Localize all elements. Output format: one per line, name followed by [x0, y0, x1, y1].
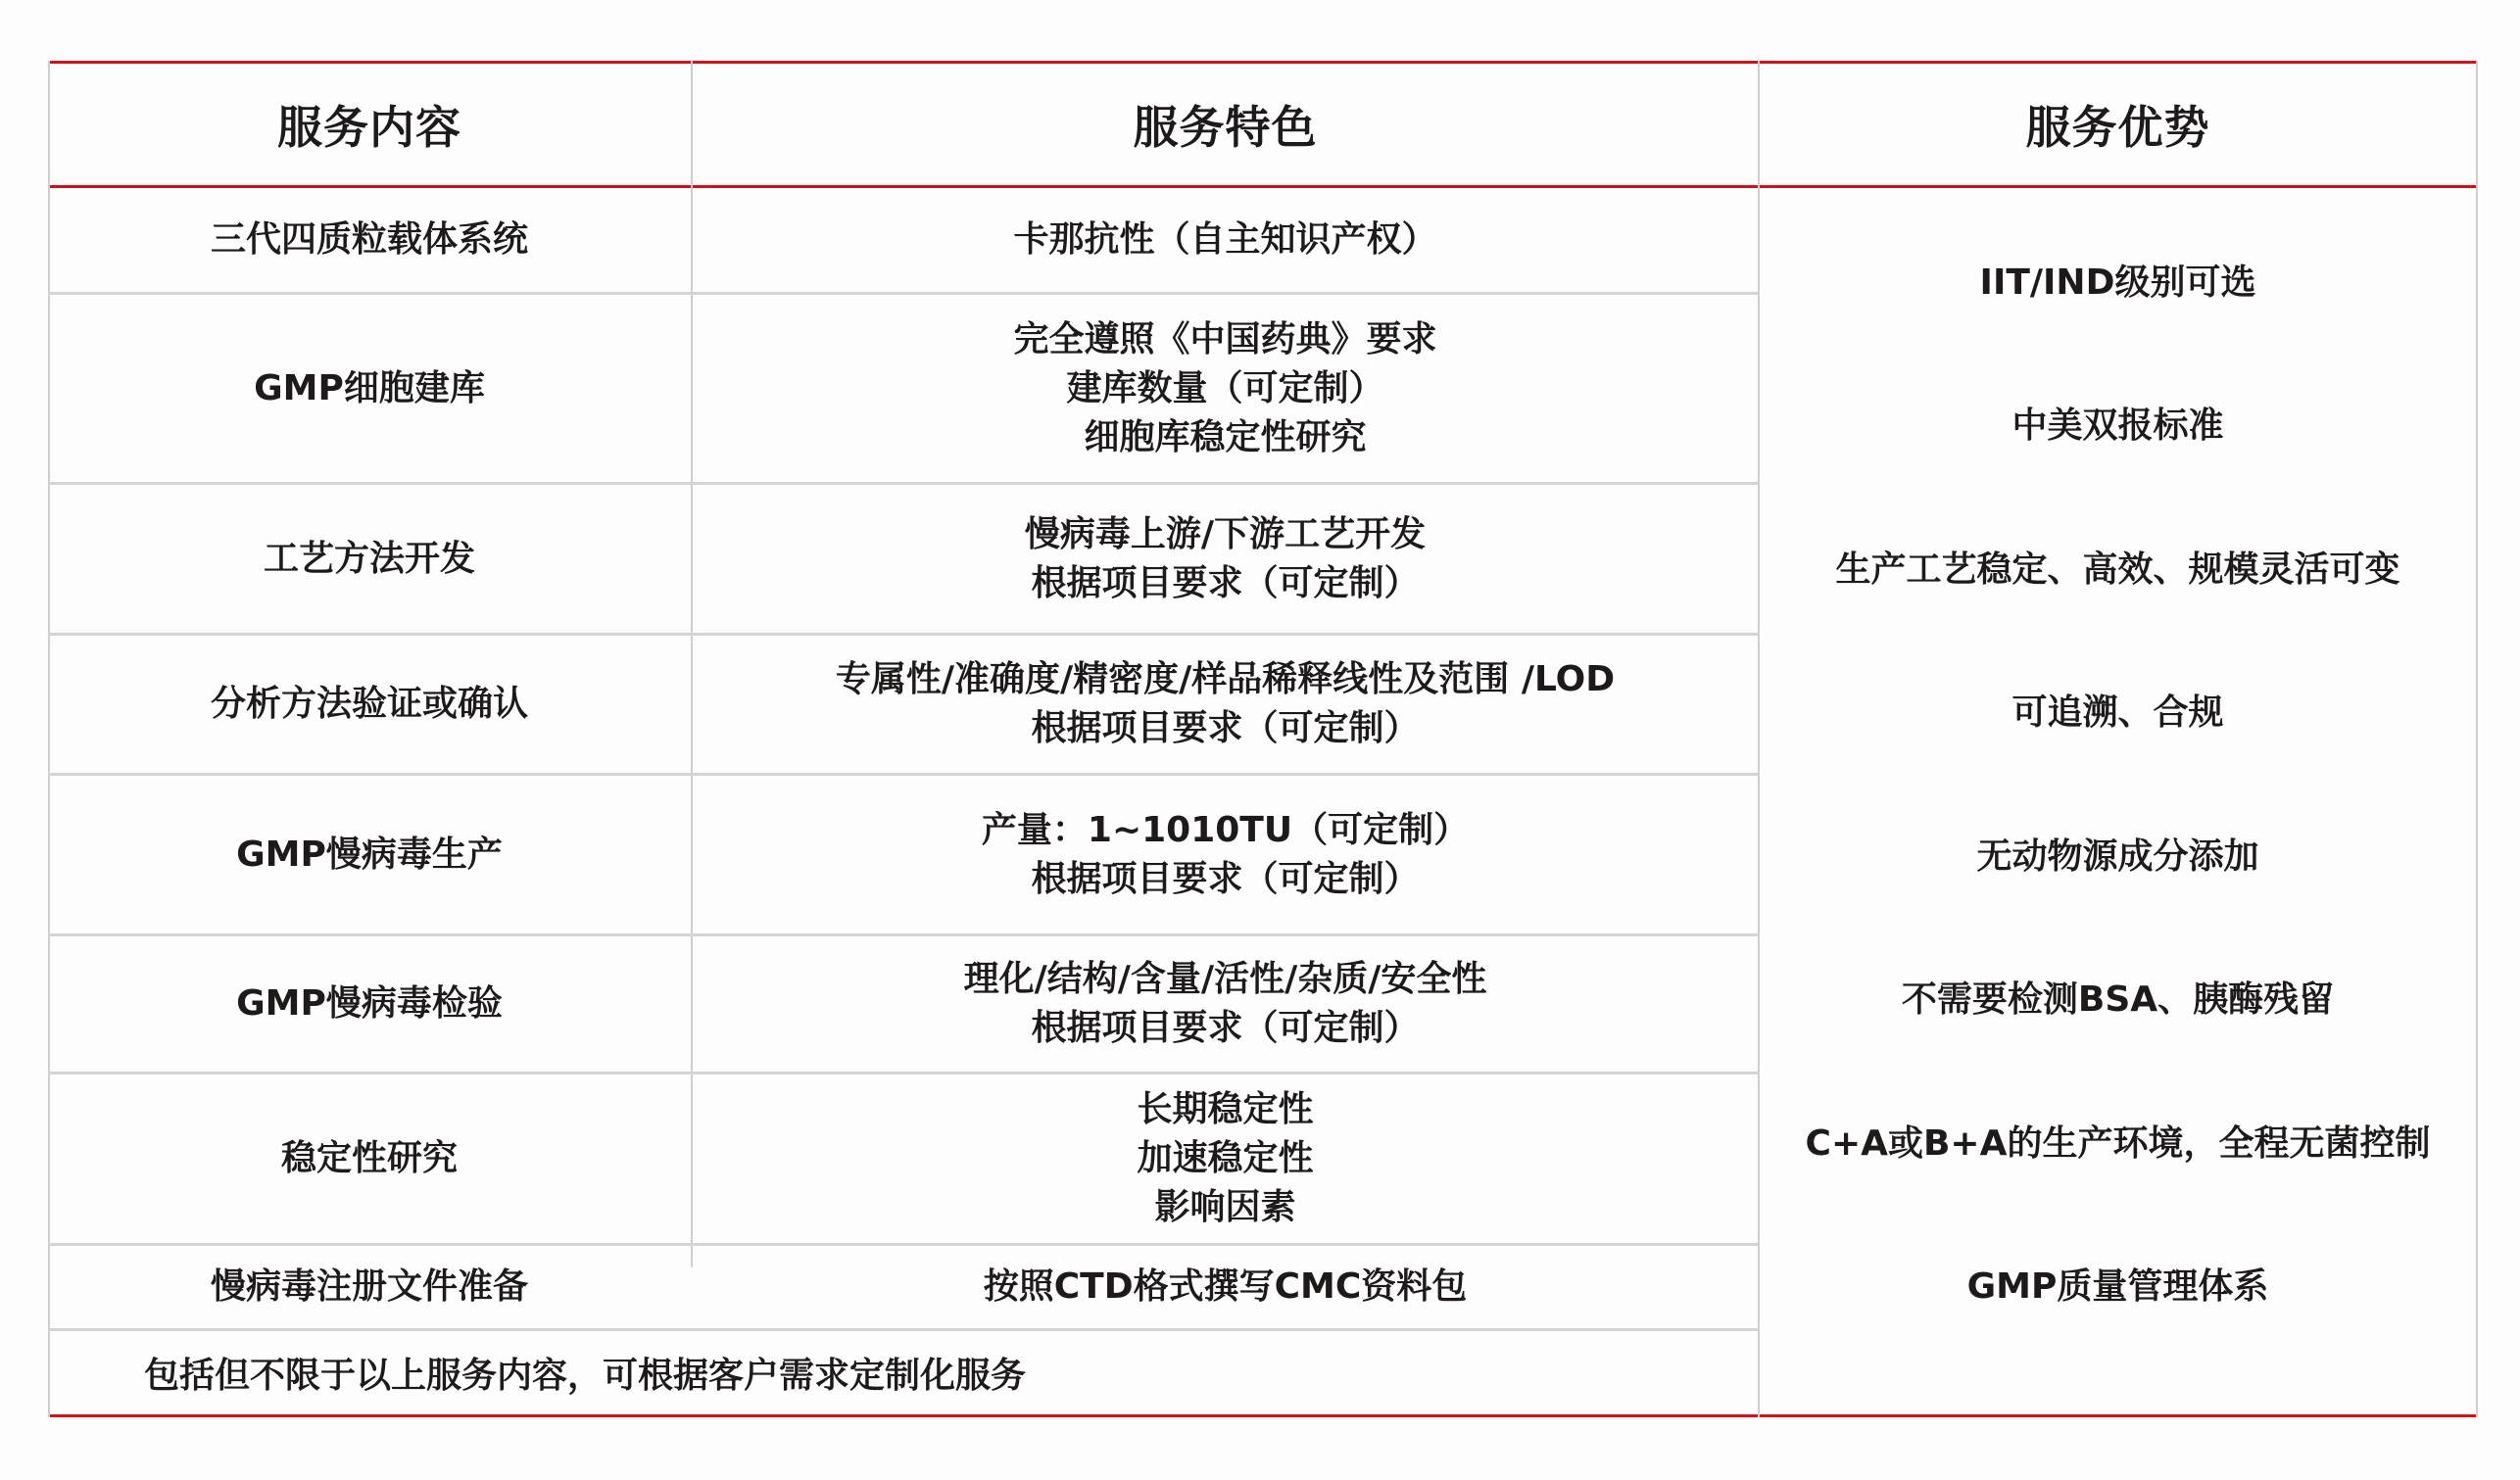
- table-row-features: 完全遵照《中国药典》要求 建库数量（可定制） 细胞库稳定性研究: [693, 295, 1758, 482]
- feature-line: 根据项目要求（可定制）: [1031, 1004, 1419, 1053]
- table-row-features: 卡那抗性（自主知识产权）: [693, 188, 1758, 292]
- feature-line: 专属性/准确度/精密度/样品稀释线性及范围 /LOD: [836, 655, 1615, 704]
- feature-line: 长期稳定性: [1137, 1085, 1313, 1134]
- service-table: 服务内容 服务特色 服务优势 三代四质粒载体系统 卡那抗性（自主知识产权） GM…: [48, 61, 2478, 1417]
- table-row-content: 稳定性研究: [48, 1074, 691, 1243]
- feature-line: 细胞库稳定性研究: [1084, 413, 1366, 462]
- header-service-advantages: 服务优势: [1760, 64, 2476, 185]
- feature-line: 根据项目要求（可定制）: [1031, 704, 1419, 753]
- advantage-item: GMP质量管理体系: [1967, 1259, 2269, 1309]
- feature-line: 按照CTD格式撰写CMC资料包: [984, 1263, 1468, 1312]
- feature-line: 建库数量（可定制）: [1066, 364, 1383, 413]
- footer-note: 包括但不限于以上服务内容，可根据客户需求定制化服务: [48, 1331, 1758, 1414]
- table-row-content: 工艺方法开发: [48, 485, 691, 633]
- feature-line: 根据项目要求（可定制）: [1031, 855, 1419, 904]
- feature-line: 理化/结构/含量/活性/杂质/安全性: [964, 955, 1487, 1004]
- feature-line: 卡那抗性（自主知识产权）: [1013, 215, 1436, 264]
- table-row-features: 专属性/准确度/精密度/样品稀释线性及范围 /LOD 根据项目要求（可定制）: [693, 636, 1758, 773]
- feature-line: 产量：1~1010TU（可定制）: [982, 806, 1469, 855]
- advantage-item: C+A或B+A的生产环境，全程无菌控制: [1806, 1116, 2431, 1166]
- advantage-item: 生产工艺稳定、高效、规模灵活可变: [1835, 542, 2399, 592]
- feature-line: 慢病毒上游/下游工艺开发: [1025, 510, 1426, 559]
- table-row-content: 慢病毒注册文件准备: [48, 1246, 691, 1328]
- table-row-content: 分析方法验证或确认: [48, 636, 691, 773]
- table-row-features: 慢病毒上游/下游工艺开发 根据项目要求（可定制）: [693, 485, 1758, 633]
- header-service-features: 服务特色: [693, 64, 1758, 185]
- table-row-features: 理化/结构/含量/活性/杂质/安全性 根据项目要求（可定制）: [693, 936, 1758, 1072]
- advantage-item: 不需要检测BSA、胰酶残留: [1902, 972, 2334, 1022]
- table-row-content: GMP慢病毒检验: [48, 936, 691, 1072]
- feature-line: 完全遵照《中国药典》要求: [1013, 315, 1436, 364]
- header-service-content: 服务内容: [48, 64, 691, 185]
- table-row-features: 按照CTD格式撰写CMC资料包: [693, 1246, 1758, 1328]
- table-row-features: 产量：1~1010TU（可定制） 根据项目要求（可定制）: [693, 776, 1758, 933]
- table-row-content: 三代四质粒载体系统: [48, 188, 691, 292]
- table-row-features: 长期稳定性 加速稳定性 影响因素: [693, 1074, 1758, 1243]
- advantage-item: 可追溯、合规: [2011, 685, 2223, 735]
- feature-line: 根据项目要求（可定制）: [1031, 559, 1419, 608]
- feature-line: 加速稳定性: [1137, 1134, 1313, 1183]
- table-row-content: GMP细胞建库: [48, 295, 691, 482]
- table-row-content: GMP慢病毒生产: [48, 776, 691, 933]
- table-right-border: [2476, 61, 2478, 1417]
- advantages-list: IIT/IND级别可选 中美双报标准 生产工艺稳定、高效、规模灵活可变 可追溯、…: [1760, 188, 2476, 1414]
- advantage-item: IIT/IND级别可选: [1980, 255, 2256, 305]
- table-bottom-rule: [48, 1414, 2478, 1417]
- advantage-item: 中美双报标准: [2011, 398, 2223, 448]
- feature-line: 影响因素: [1154, 1183, 1295, 1232]
- advantage-item: 无动物源成分添加: [1976, 829, 2258, 879]
